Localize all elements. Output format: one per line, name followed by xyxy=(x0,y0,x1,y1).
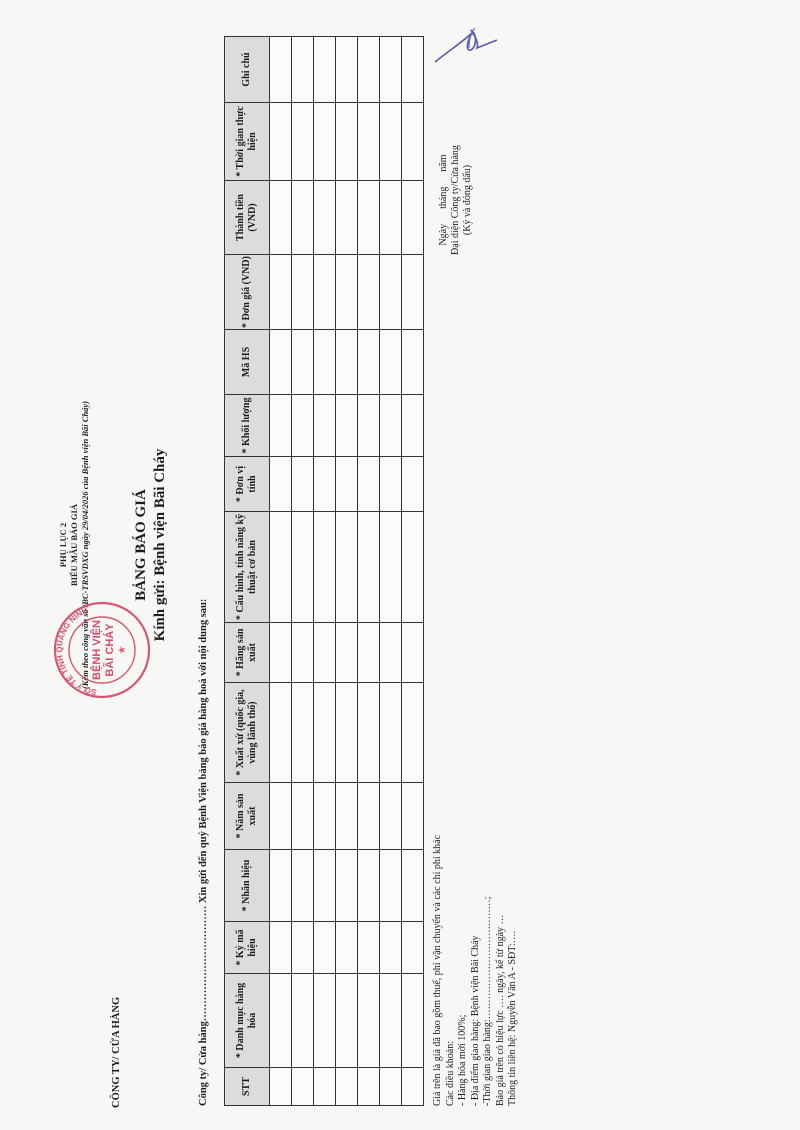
table-cell[interactable] xyxy=(380,850,402,922)
column-header: * Cấu hình, tính năng kỹ thuật cơ bản xyxy=(225,512,270,623)
table-cell[interactable] xyxy=(358,623,380,683)
table-cell[interactable] xyxy=(358,181,380,255)
table-cell[interactable] xyxy=(358,512,380,623)
hospital-stamp-icon: SỞ Y TẾ TỈNH QUẢNG NINH BỆNH VIỆN BÃI CH… xyxy=(52,600,152,700)
table-cell[interactable] xyxy=(380,255,402,330)
table-cell[interactable] xyxy=(380,783,402,850)
table-cell[interactable] xyxy=(358,1068,380,1106)
intro-line: Công ty/ Cửa hàng…………………………… Xin gửi đến… xyxy=(198,599,209,1106)
column-header: Thành tiền (VND) xyxy=(225,181,270,255)
table-cell[interactable] xyxy=(380,623,402,683)
table-cell[interactable] xyxy=(402,103,424,181)
table-cell[interactable] xyxy=(292,623,314,683)
note-line: - Địa điểm giao hàng: Bệnh viện Bãi Cháy xyxy=(470,835,483,1106)
table-cell[interactable] xyxy=(314,395,336,457)
table-cell[interactable] xyxy=(314,457,336,512)
table-cell[interactable] xyxy=(402,37,424,103)
table-cell[interactable] xyxy=(380,683,402,783)
table-cell[interactable] xyxy=(270,330,292,395)
stamp-line-1: BỆNH VIỆN xyxy=(90,620,103,680)
table-row xyxy=(314,37,336,1106)
table-cell[interactable] xyxy=(270,395,292,457)
table-cell[interactable] xyxy=(314,623,336,683)
table-cell[interactable] xyxy=(380,103,402,181)
table-cell[interactable] xyxy=(314,181,336,255)
table-cell[interactable] xyxy=(380,922,402,974)
column-header: * Nhãn hiệu xyxy=(225,850,270,922)
table-cell[interactable] xyxy=(358,37,380,103)
table-cell[interactable] xyxy=(270,1068,292,1106)
table-cell[interactable] xyxy=(292,850,314,922)
table-cell[interactable] xyxy=(336,181,358,255)
table-cell[interactable] xyxy=(358,103,380,181)
table-header-row: STT* Danh mục hàng hóa* Ký mã hiệu* Nhãn… xyxy=(225,37,270,1106)
table-cell[interactable] xyxy=(314,512,336,623)
table-cell[interactable] xyxy=(292,512,314,623)
table-cell[interactable] xyxy=(270,255,292,330)
table-cell[interactable] xyxy=(292,683,314,783)
note-line: Báo giá trên có hiệu lực …. ngày, kể từ … xyxy=(495,835,508,1106)
terms-notes: Giá trên là giá đã bao gồm thuế, phí vận… xyxy=(432,835,520,1106)
table-cell[interactable] xyxy=(358,395,380,457)
table-row xyxy=(270,37,292,1106)
table-cell[interactable] xyxy=(314,255,336,330)
table-cell[interactable] xyxy=(336,330,358,395)
table-cell[interactable] xyxy=(402,255,424,330)
table-cell[interactable] xyxy=(292,922,314,974)
table-cell[interactable] xyxy=(402,181,424,255)
table-cell[interactable] xyxy=(336,103,358,181)
table-cell[interactable] xyxy=(314,783,336,850)
table-cell[interactable] xyxy=(270,512,292,623)
table-cell[interactable] xyxy=(380,395,402,457)
table-cell[interactable] xyxy=(358,255,380,330)
table-cell[interactable] xyxy=(336,683,358,783)
table-cell[interactable] xyxy=(336,395,358,457)
table-cell[interactable] xyxy=(380,457,402,512)
table-cell[interactable] xyxy=(380,1068,402,1106)
table-cell[interactable] xyxy=(402,330,424,395)
stamp-line-2: BÃI CHÁY xyxy=(103,623,116,677)
table-cell[interactable] xyxy=(314,37,336,103)
table-cell[interactable] xyxy=(380,181,402,255)
column-header: * Xuất xứ (quốc gia, vùng lãnh thổ) xyxy=(225,683,270,783)
column-header: STT xyxy=(225,1068,270,1106)
table-cell[interactable] xyxy=(314,1068,336,1106)
table-cell[interactable] xyxy=(402,922,424,974)
column-header: * Đơn vị tính xyxy=(225,457,270,512)
table-cell[interactable] xyxy=(270,783,292,850)
table-cell[interactable] xyxy=(270,623,292,683)
table-cell[interactable] xyxy=(270,37,292,103)
svg-text:★: ★ xyxy=(117,645,128,654)
table-body xyxy=(270,37,424,1106)
rotated-document-page: CÔNG TY/ CỬA HÀNG PHỤ LỤC 2 BIỂU MẪU BÁO… xyxy=(0,0,800,1130)
column-header: Ghi chú xyxy=(225,37,270,103)
table-cell[interactable] xyxy=(270,683,292,783)
table-cell[interactable] xyxy=(402,457,424,512)
table-cell[interactable] xyxy=(292,103,314,181)
representative-label: Đại diện Công ty/Cửa hàng xyxy=(450,120,462,280)
column-header: * Khối lượng xyxy=(225,395,270,457)
table-cell[interactable] xyxy=(270,457,292,512)
table-cell[interactable] xyxy=(292,330,314,395)
table-row xyxy=(402,37,424,1106)
table-cell[interactable] xyxy=(292,37,314,103)
table-cell[interactable] xyxy=(292,181,314,255)
column-header: * Danh mục hàng hóa xyxy=(225,974,270,1068)
recipient-line: Kính gửi: Bệnh viện Bãi Cháy xyxy=(152,345,169,745)
table-cell[interactable] xyxy=(402,512,424,623)
note-line: - Hàng hóa mới 100%; xyxy=(457,835,470,1106)
table-cell[interactable] xyxy=(314,922,336,974)
table-cell[interactable] xyxy=(336,974,358,1068)
table-cell[interactable] xyxy=(358,683,380,783)
table-cell[interactable] xyxy=(292,974,314,1068)
table-cell[interactable] xyxy=(292,1068,314,1106)
table-cell[interactable] xyxy=(314,103,336,181)
table-cell[interactable] xyxy=(402,974,424,1068)
table-cell[interactable] xyxy=(358,457,380,512)
table-cell[interactable] xyxy=(314,974,336,1068)
note-line: Thông tin liên hệ: Nguyễn Văn A - SĐT:…. xyxy=(507,835,520,1106)
table-cell[interactable] xyxy=(358,850,380,922)
table-cell[interactable] xyxy=(336,255,358,330)
table-row xyxy=(336,37,358,1106)
table-cell[interactable] xyxy=(402,1068,424,1106)
table-cell[interactable] xyxy=(336,512,358,623)
table-cell[interactable] xyxy=(270,922,292,974)
table-cell[interactable] xyxy=(336,457,358,512)
company-label: CÔNG TY/ CỬA HÀNG xyxy=(111,997,122,1108)
column-header: * Năm sản xuất xyxy=(225,783,270,850)
table-cell[interactable] xyxy=(380,974,402,1068)
table-cell[interactable] xyxy=(402,623,424,683)
note-line: Các điều khoản: xyxy=(445,835,458,1106)
table-row xyxy=(292,37,314,1106)
table-cell[interactable] xyxy=(336,850,358,922)
table-row xyxy=(358,37,380,1106)
table-cell[interactable] xyxy=(292,783,314,850)
table-cell[interactable] xyxy=(402,850,424,922)
table-cell[interactable] xyxy=(380,330,402,395)
table-cell[interactable] xyxy=(380,512,402,623)
table-cell[interactable] xyxy=(336,783,358,850)
signature-block: Ngày tháng năm Đại diện Công ty/Cửa hàng… xyxy=(438,120,474,280)
date-line: Ngày tháng năm xyxy=(438,120,450,280)
column-header: * Đơn giá (VND) xyxy=(225,255,270,330)
column-header: * Thời gian thực hiện xyxy=(225,103,270,181)
table-cell[interactable] xyxy=(336,623,358,683)
table-cell[interactable] xyxy=(270,181,292,255)
table-row xyxy=(380,37,402,1106)
table-cell[interactable] xyxy=(380,37,402,103)
column-header: Mã HS xyxy=(225,330,270,395)
table-cell[interactable] xyxy=(358,974,380,1068)
column-header: * Ký mã hiệu xyxy=(225,922,270,974)
table-cell[interactable] xyxy=(402,395,424,457)
table-cell[interactable] xyxy=(336,37,358,103)
table-cell[interactable] xyxy=(270,103,292,181)
table-cell[interactable] xyxy=(292,395,314,457)
handwritten-signature-icon xyxy=(425,10,505,70)
table-cell[interactable] xyxy=(292,255,314,330)
table-cell[interactable] xyxy=(292,457,314,512)
table-cell[interactable] xyxy=(336,922,358,974)
table-cell[interactable] xyxy=(358,922,380,974)
table-cell[interactable] xyxy=(314,850,336,922)
table-cell[interactable] xyxy=(270,850,292,922)
table-cell[interactable] xyxy=(314,330,336,395)
table-cell[interactable] xyxy=(402,783,424,850)
table-cell[interactable] xyxy=(270,974,292,1068)
note-line: Giá trên là giá đã bao gồm thuế, phí vận… xyxy=(432,835,445,1106)
quotation-table: STT* Danh mục hàng hóa* Ký mã hiệu* Nhãn… xyxy=(224,36,424,1106)
table-cell[interactable] xyxy=(402,683,424,783)
table-cell[interactable] xyxy=(314,683,336,783)
column-header: * Hãng sản xuất xyxy=(225,623,270,683)
note-line: -Thời gian giao hàng:………………………………; xyxy=(482,835,495,1106)
table-cell[interactable] xyxy=(358,330,380,395)
sign-instruction: (Ký và đóng dấu) xyxy=(462,120,474,280)
table-cell[interactable] xyxy=(336,1068,358,1106)
table-cell[interactable] xyxy=(358,783,380,850)
